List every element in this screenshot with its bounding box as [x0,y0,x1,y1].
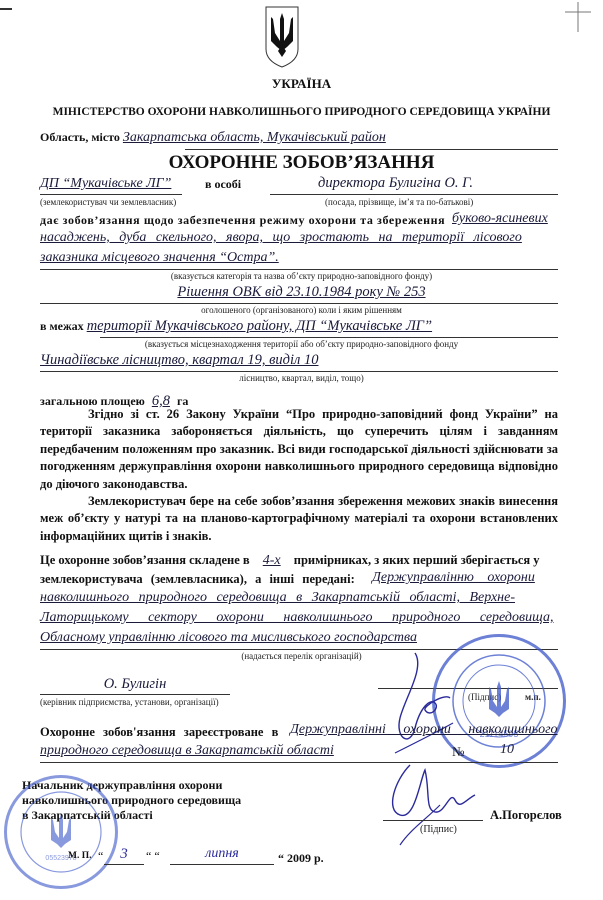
date-day: 3 [104,846,144,863]
object-underline [40,269,558,270]
obligation-paragraph: Землекористувач бере на себе зобов’язанн… [40,493,558,545]
registration-value-2: природного середовища в Закарпатській об… [40,743,334,759]
person-value: директора Булигіна О. Г. [318,175,473,192]
land-user-underline [40,194,182,195]
stamp-trident-icon-left: 05523978 [7,778,115,886]
head-signature-scribble [385,648,455,758]
location-label: в межах [40,319,84,333]
person-underline [270,194,558,195]
person-caption: (посада, прізвище, ім’я та по-батькові) [325,197,473,207]
decision-value: Рішення ОВК від 23.10.1984 року № 253 [0,284,603,301]
location-caption: (вказується місцезнаходження території а… [0,339,603,349]
ministry-stamp: 05523978 [4,775,118,889]
object-line-1: буково-ясиневих [452,211,548,227]
head-caption: (керівник підприємства, установи, органі… [40,697,219,707]
document-title: ОХОРОННЕ ЗОБОВ’ЯЗАННЯ [0,152,603,174]
copies-count: 4-х [253,553,291,568]
location-detail-value: Чинадіївське лісництво, квартал 19, виді… [40,352,319,369]
copies-prefix: Це охоронне зобов’язання складене в [40,553,250,567]
location-value: території Мукачівського району, ДП “Мука… [87,318,432,334]
registration-value-1: Держуправлінні охорони навколишнього [290,722,558,738]
location-detail-caption: лісництво, квартал, виділ, тощо) [0,373,603,383]
recipients-line-1: Держуправлінню охорони [372,570,535,586]
ministry-heading: МІНІСТЕРСТВО ОХОРОНИ НАВКОЛИШНЬОГО ПРИРО… [0,106,603,118]
recipients-line-4: Обласному управлінню лісового та мисливс… [40,630,417,646]
region-underline [185,149,558,150]
in-person-label: в особі [205,177,241,192]
object-line-3: заказника місцевого значення “Остра”. [40,250,279,266]
official-name: А.Погорєлов [490,808,562,823]
law-paragraph: Згідно зі ст. 26 Закону України “Про при… [40,406,558,493]
copies-line2-prefix: землекористувача (землевласника), а інші… [40,572,355,587]
location-detail-underline [40,371,558,372]
registration-number-value: 10 [500,742,514,758]
date-year-value: 2009 р. [287,851,324,865]
date-day-underline [104,864,144,865]
copies-row: Це охоронне зобов’язання складене в 4-х … [40,553,540,569]
official-signature-scribble [380,760,485,850]
corner-crosshair-icon [565,2,591,32]
date-month-underline [170,864,274,865]
location-row: в межах території Мукачівського району, … [40,318,432,335]
region-value: Закарпатська область, Мукачівський район [123,130,386,145]
quote-close-open: “ “ [146,849,160,864]
recipients-line-2: навколишнього природного середовища в За… [40,590,558,606]
object-caption: (вказується категорія та назва об’єкту п… [0,271,603,281]
seal-label: М. П. [68,851,91,861]
head-name-underline [40,694,230,695]
quote-open-1: “ [98,849,103,864]
head-name: О. Булигін [40,676,230,693]
land-user-caption: (землекористувач чи землевласник) [40,197,176,207]
country-heading: УКРАЇНА [0,76,603,92]
date-month: липня [170,846,274,862]
date-year: “ 2009 р. [278,851,324,866]
location-underline [100,337,558,338]
decision-caption: оголошеного (організованого) коли і яким… [0,305,603,315]
recipients-line-3: Латорицькому сектору охорони навколишньо… [40,610,558,626]
official-sign-underline [383,820,483,821]
copies-suffix: примірниках, з яких перший зберігається … [294,553,540,567]
registration-number-label: № [452,744,464,760]
registration-label: Охоронне зобов'язання зареєстроване в [40,725,278,740]
official-sign-caption: (Підпис) [420,824,457,835]
region-label: Область, місто [40,130,120,144]
region-row: Область, місто Закарпатська область, Мук… [40,130,558,146]
object-line-2: насаджень, дуба скельного, явора, що зро… [40,230,558,246]
obligation-lead: дає зобов’язання щодо забезпечення режим… [40,213,445,228]
coat-of-arms-icon [264,5,300,69]
corner-mark-left [0,8,12,10]
decision-underline [40,303,558,304]
land-user-value: ДП “Мукачівське ЛГ” [40,176,171,192]
